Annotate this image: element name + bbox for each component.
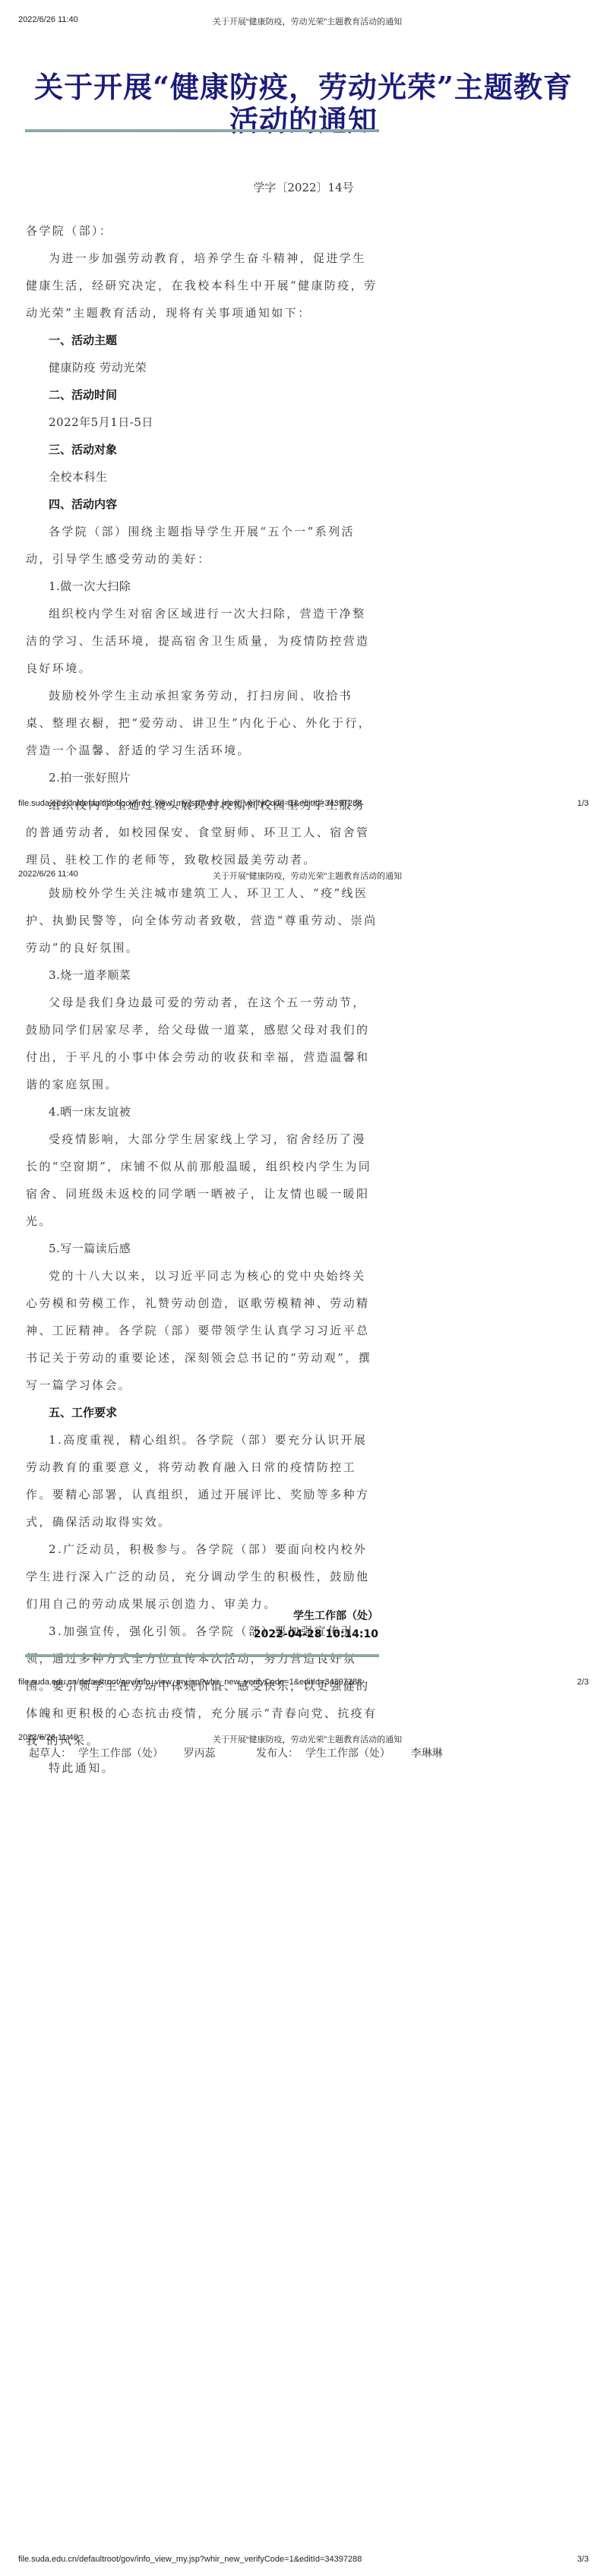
print-page-3: 2022/6/26 11:40 关于开展“健康防疫，劳动光荣”主题教育活动的通知… (0, 1716, 607, 2576)
print-footer: file.suda.edu.cn/defaultroot/gov/info_vi… (0, 1678, 607, 1690)
page-number: 2/3 (577, 1678, 589, 1687)
activity-title: 2.拍一张好照片 (26, 764, 378, 791)
activity-paragraph: 鼓励校外学生主动承担家务劳动，打扫房间、收拾书桌、整理衣橱，把“爱劳动、讲卫生”… (26, 682, 378, 764)
print-header: 2022/6/26 11:40 关于开展“健康防疫，劳动光荣”主题教育活动的通知 (0, 15, 607, 27)
print-header-title: 关于开展“健康防疫，劳动光荣”主题教育活动的通知 (0, 1733, 607, 1745)
activity-title: 5.写一篇读后感 (26, 1235, 378, 1262)
signature-org: 学生工作部（处） (254, 1607, 378, 1625)
section-heading: 三、活动对象 (26, 436, 378, 463)
section-heading: 一、活动主题 (26, 327, 378, 354)
publisher-name: 李琳琳 (411, 1745, 443, 1760)
publisher-org: 学生工作部（处） (305, 1745, 390, 1760)
page-url: file.suda.edu.cn/defaultroot/gov/info_vi… (18, 1678, 362, 1687)
page-number: 1/3 (577, 799, 589, 808)
signature-block: 学生工作部（处） 2022-04-28 10:14:10 (254, 1607, 378, 1643)
activity-paragraph: 党的十八大以来，以习近平同志为核心的党中央始终关心劳模和劳模工作，礼赞劳动创造，… (26, 1262, 378, 1399)
document-title: 关于开展“健康防疫，劳动光荣”主题教育活动的通知 (25, 71, 582, 137)
print-footer: file.suda.edu.cn/defaultroot/gov/info_vi… (0, 799, 607, 811)
salutation: 各学院（部）： (26, 217, 378, 245)
print-page-1: 2022/6/26 11:40 关于开展“健康防疫，劳动光荣”主题教育活动的通知… (0, 0, 607, 847)
credits-line: 起草人： 学生工作部（处） 罗丙蕊 发布人： 学生工作部（处） 李琳琳 (29, 1745, 443, 1760)
section-heading: 五、工作要求 (26, 1399, 378, 1426)
activity-paragraph: 组织校内学生对宿舍区域进行一次大扫除，营造干净整洁的学习、生活环境，提高宿舍卫生… (26, 600, 378, 682)
activity-title: 3.烧一道孝顺菜 (26, 961, 378, 989)
requirement-item: 1.高度重视，精心组织。各学院（部）要充分认识开展劳动教育的重要意义，将劳动教育… (26, 1426, 378, 1536)
publisher-label: 发布人： (256, 1745, 299, 1760)
section-content: 健康防疫 劳动光荣 (26, 354, 378, 381)
section-content: 各学院（部）围绕主题指导学生开展“五个一”系列活动，引导学生感受劳动的美好： (26, 518, 378, 573)
footer-divider (25, 1654, 379, 1657)
page-url: file.suda.edu.cn/defaultroot/gov/info_vi… (18, 2555, 362, 2564)
signature-datetime: 2022-04-28 10:14:10 (254, 1625, 378, 1643)
section-content: 全校本科生 (26, 463, 378, 491)
document-body-page-2: 鼓励校外学生关注城市建筑工人、环卫工人、“疫”线医护、执勤民警等，向全体劳动者致… (26, 879, 378, 1782)
title-divider (25, 129, 379, 132)
activity-paragraph: 鼓励校外学生关注城市建筑工人、环卫工人、“疫”线医护、执勤民警等，向全体劳动者致… (26, 879, 378, 961)
requirement-item: 2.广泛动员，积极参与。各学院（部）要面向校内校外学生进行深入广泛的动员，充分调… (26, 1536, 378, 1618)
page-url: file.suda.edu.cn/defaultroot/gov/info_vi… (18, 799, 362, 808)
drafter-name: 罗丙蕊 (184, 1745, 216, 1760)
drafter-org: 学生工作部（处） (78, 1745, 163, 1760)
section-content: 2022年5月1日-5日 (26, 409, 378, 436)
page-number: 3/3 (577, 2555, 589, 2564)
section-heading: 四、活动内容 (26, 491, 378, 518)
activity-paragraph: 父母是我们身边最可爱的劳动者，在这个五一劳动节，鼓励同学们居家尽孝，给父母做一道… (26, 989, 378, 1098)
document-number: 学字〔2022〕14号 (0, 179, 607, 195)
activity-paragraph: 受疫情影响，大部分学生居家线上学习，宿舍经历了漫长的“空窗期”，床铺不似从前那般… (26, 1125, 378, 1235)
activity-title: 1.做一次大扫除 (26, 573, 378, 600)
activity-title: 4.晒一床友谊被 (26, 1098, 378, 1125)
print-page-2: 2022/6/26 11:40 关于开展“健康防疫，劳动光荣”主题教育活动的通知… (0, 847, 607, 1716)
intro-paragraph: 为进一步加强劳动教育，培养学生奋斗精神，促进学生健康生活，经研究决定，在我校本科… (26, 245, 378, 327)
drafter-label: 起草人： (29, 1745, 71, 1760)
print-header-title: 关于开展“健康防疫，劳动光荣”主题教育活动的通知 (0, 15, 607, 27)
section-heading: 二、活动时间 (26, 381, 378, 409)
print-footer: file.suda.edu.cn/defaultroot/gov/info_vi… (0, 2555, 607, 2567)
print-header: 2022/6/26 11:40 关于开展“健康防疫，劳动光荣”主题教育活动的通知 (0, 1733, 607, 1745)
document-body-page-1: 各学院（部）： 为进一步加强劳动教育，培养学生奋斗精神，促进学生健康生活，经研究… (26, 217, 378, 873)
